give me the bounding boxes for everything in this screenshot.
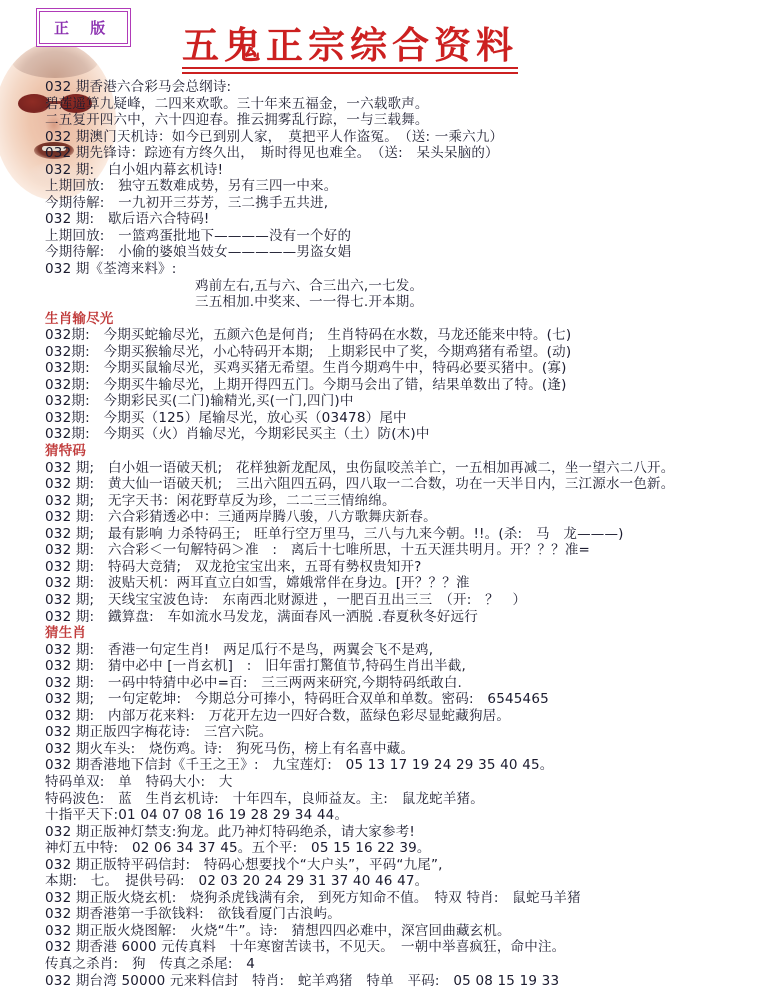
text-line: 032 期: 白小姐内幕玄机诗! — [45, 162, 771, 179]
text-line: 032期: 今期买鼠输尽光，买鸡买猪无希望。生肖今期鸡牛中，特码必要买猪中。(寡… — [45, 360, 771, 377]
text-line: 032期: 今期买蛇输尽光，五颜六色是何肖; 生肖特码在水数，马龙还能来中特。(… — [45, 327, 771, 344]
text-line: 上期回放: 独守五数难成势，另有三四一中来。 — [45, 178, 771, 195]
text-line: 032 期: 香港一句定生肖! 两足瓜行不是鸟，两翼会飞不是鸡, — [45, 642, 771, 659]
text-line: 032 期火车头: 烧伤鸡。诗: 狗死马伤，榜上有名喜中藏。 — [45, 741, 771, 758]
text-line: 三五相加.中奖来、一一得七.开本期。 — [45, 294, 771, 311]
text-line: 今期待解: 一九初开三芬芳，三二携手五共进, — [45, 195, 771, 212]
text-line: 032 期: 六合彩＜一句解特码＞准 : 离后十七唯所思，十五天涯共明月。开？？… — [45, 542, 771, 559]
text-line: 032期: 今期买牛输尽光，上期开得四五门。今期马会出了错，结果单数出了特。(逢… — [45, 377, 771, 394]
text-line: 032 期正版神灯禁支:狗龙。此乃神灯特码绝杀，请大家参考! — [45, 824, 771, 841]
text-line: 032 期: 鐡算盘: 车如流水马发龙，满面春风一洒脱 .春夏秋冬好远行 — [45, 609, 771, 626]
text-line: 猜生肖 — [45, 625, 771, 642]
text-line: 032 期; 白小姐一语破天机; 花样独新龙配凤，虫伤鼠咬羔羊亡，一五相加再减二… — [45, 460, 771, 477]
text-line: 本期: 七。 提供号码: 02 03 20 24 29 31 37 40 46 … — [45, 873, 771, 890]
lottery-info-sheet: 正 版 五鬼正宗综合资料 032 期香港六合彩马会总纲诗:碧莲遥算九疑峰，二四来… — [0, 0, 771, 991]
text-line: 032期: 今期买猴输尽光，小心特码开本期; 上期彩民中了奖，今期鸡猪有希望。(… — [45, 344, 771, 361]
text-line: 032 期: 一码中特猜中必中=百: 三三两两来研究,今期特码纸敢白. — [45, 675, 771, 692]
text-line: 神灯五中特: 02 06 34 37 45。五个平: 05 15 16 22 3… — [45, 840, 771, 857]
text-line: 032 期澳门天机诗：如今已到别人家， 莫把平人作盗冤。 （送: 一乘六九） — [45, 129, 771, 146]
text-line: 032期: 今期买（火）肖输尽光，今期彩民买主（土）防(木)中 — [45, 426, 771, 443]
text-line: 上期回放: 一篮鸡蛋批地下————没有一个好的 — [45, 228, 771, 245]
text-line: 032 期香港第一手欲钱料: 欲钱看厦门古浪屿。 — [45, 906, 771, 923]
text-line: 032 期: 猜中必中 [一肖玄机] : 旧年雷打驚值节,特码生肖出半截, — [45, 658, 771, 675]
text-line: 032期: 今期彩民买(二门)输精光,买(一门,四门)中 — [45, 393, 771, 410]
text-line: 032 期: 波贴天机：两耳直立白如雪，嫦娥常伴在身边。[开？？？淮 — [45, 575, 771, 592]
text-line: 032 期正版火烧图解: 火烧“牛”。诗: 猜想四四必难中，深宫回曲藏玄机。 — [45, 923, 771, 940]
text-line: 特码单双: 单 特码大小: 大 — [45, 774, 771, 791]
text-line: 032 期正版火烧玄机: 烧狗杀虎钱满有余, 到死方知命不值。 特双 特肖: 鼠… — [45, 890, 771, 907]
text-line: 032 期正版特平码信封: 特码心想要找个“大户头”，平码“九尾”, — [45, 857, 771, 874]
text-line: 生肖输尽光 — [45, 311, 771, 328]
text-line: 今期待解: 小偷的婆娘当妓女—————男盗女娼 — [45, 244, 771, 261]
text-line: 032 期: 特码大竞猜; 双龙抢宝宝出来，五哥有勢权贵知开? — [45, 559, 771, 576]
text-line: 特码波色: 蓝 生肖玄机诗: 十年四车，良师益友。主: 鼠龙蛇羊猪。 — [45, 791, 771, 808]
text-line: 鸡前左右,五与六、合三出六,一七发。 — [45, 278, 771, 295]
text-line: 032 期正版四字梅花诗: 三宫六院。 — [45, 724, 771, 741]
text-line: 032 期台湾 50000 元来料信封 特肖: 蛇羊鸡猪 特单 平码: 05 0… — [45, 973, 771, 990]
text-line: 032 期香港地下信封《千王之王》: 九宝莲灯: 05 13 17 19 24 … — [45, 757, 771, 774]
page-title: 五鬼正宗综合资料 — [182, 26, 518, 74]
text-line: 032 期: 歇后语六合特码! — [45, 211, 771, 228]
text-line: 032 期: 内部万花来料: 万花开左边一四好合数，蓝绿色彩尽显蛇藏狗居。 — [45, 708, 771, 725]
text-line: 032期: 今期买（125）尾输尽光，放心买（03478）尾中 — [45, 410, 771, 427]
text-line: 十指平天下:01 04 07 08 16 19 28 29 34 44。 — [45, 807, 771, 824]
text-line: 032 期香港六合彩马会总纲诗: — [45, 79, 771, 96]
text-line: 032 期香港 6000 元传真料 十年寒窗苦读书，不见天。 一朝中举喜疯狂，命… — [45, 939, 771, 956]
text-line: 传真之杀肖: 狗 传真之杀尾: 4 — [45, 956, 771, 973]
text-line: 猜特码 — [45, 443, 771, 460]
text-line: 032 期《荃湾来料》: — [45, 261, 771, 278]
text-line: 032 期: 六合彩猜透必中：三通两岸腾八骏，八方歌舞庆新春。 — [45, 509, 771, 526]
text-line: 032 期; 一句定乾坤: 今期总分可捧小，特码旺合双单和单数。密码: 6545… — [45, 691, 771, 708]
text-line: 032 期; 无字天书：闲花野草反为珍，二二三三情绵绵。 — [45, 493, 771, 510]
text-line: 032 期先锋诗：踪迹有方终久出， 斯时得见也难全。 （送: 呆头呆脑的） — [45, 145, 771, 162]
text-line: 032 期; 天线宝宝波色诗: 东南西北财源进 ，一肥百丑出三三 （开: ？ ） — [45, 592, 771, 609]
text-line: 碧莲遥算九疑峰，二四来欢歌。三十年来五福金，一六载歌声。 — [45, 96, 771, 113]
text-line: 032 期; 最有影响 力杀特码王; 旺单行空万里马，三八与九来今朝。!!。(杀… — [45, 526, 771, 543]
authentic-badge: 正 版 — [36, 8, 131, 47]
text-line: 二五复开四六中，六十四迎春。推云拥雾乱行踪，一与三载舞。 — [45, 112, 771, 129]
content-lines: 032 期香港六合彩马会总纲诗:碧莲遥算九疑峰，二四来欢歌。三十年来五福金，一六… — [0, 79, 771, 989]
text-line: 032 期: 黄大仙一语破天机; 三出六阻四五码，四八取一二合数，功在一天半日内… — [45, 476, 771, 493]
